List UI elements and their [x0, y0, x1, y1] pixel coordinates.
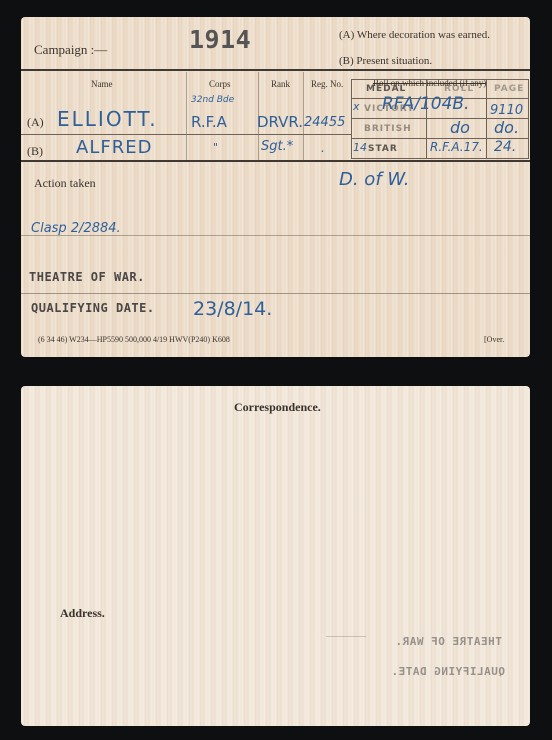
- medal-page: 9110: [490, 103, 523, 118]
- table-divider: [426, 80, 427, 158]
- reg-no-b: .: [321, 141, 325, 155]
- col-name: Name: [91, 79, 113, 89]
- col-divider: [186, 72, 187, 160]
- theatre-of-war-label: THEATRE OF WAR.: [29, 270, 145, 284]
- qualifying-date: 23/8/14.: [193, 298, 272, 320]
- row-divider: [21, 134, 351, 135]
- bleed-through-theatre: THEATRE OF WAR.: [395, 635, 502, 648]
- page-header: PAGE: [494, 84, 524, 94]
- note-b: (B) Present situation.: [339, 55, 432, 67]
- address-label: Address.: [60, 606, 105, 621]
- bleed-through-qualifying: QUALIFYING DATE.: [391, 665, 505, 678]
- row-a-label: (A): [27, 115, 44, 130]
- medal-prefix: x: [353, 100, 360, 113]
- row-b-label: (B): [27, 144, 43, 159]
- medal-prefix: 14: [353, 141, 367, 154]
- medal-name: STAR: [368, 144, 398, 154]
- campaign-label: Campaign :—: [34, 42, 107, 58]
- col-reg-no: Reg. No.: [311, 79, 343, 89]
- medal-page: do.: [494, 118, 519, 137]
- rank: DRVR.: [257, 113, 303, 131]
- medal-name: BRITISH: [364, 124, 412, 134]
- corps: R.F.A: [191, 113, 227, 131]
- clasp-note: Clasp 2/2884.: [31, 221, 121, 236]
- row-divider: [21, 293, 530, 294]
- medal-roll: R.F.A.17.: [430, 140, 483, 154]
- col-corps: Corps: [209, 79, 231, 89]
- corps-note: 32nd Bde: [191, 95, 234, 105]
- note-a: (A) Where decoration was earned.: [339, 29, 490, 41]
- faint-mark: [326, 636, 366, 637]
- forename: ALFRED: [76, 137, 152, 158]
- col-rank: Rank: [271, 79, 290, 89]
- medal-card-front: Campaign :— 1914 (A) Where decoration wa…: [21, 17, 530, 357]
- surname: ELLIOTT.: [57, 107, 158, 131]
- table-bottom-divider: [21, 160, 530, 162]
- medal-card-back: Correspondence. Address. THEATRE OF WAR.…: [21, 386, 530, 726]
- rank-b: Sgt.*: [261, 139, 293, 154]
- medal-roll: RFA/104B.: [382, 94, 469, 114]
- row-divider: [21, 235, 530, 236]
- medal-roll-table: MEDAL ROLL PAGE x VICTORY RFA/104B. 9110…: [351, 79, 529, 159]
- table-divider: [486, 80, 487, 158]
- action-note: D. of W.: [339, 169, 409, 190]
- medal-header: MEDAL: [366, 84, 406, 94]
- campaign-year: 1914: [189, 25, 251, 54]
- header-divider: [21, 69, 530, 71]
- over-note: [Over.: [484, 335, 504, 344]
- corps-ditto: ": [213, 141, 218, 154]
- medal-roll: do: [450, 118, 470, 137]
- roll-header: ROLL: [444, 84, 474, 94]
- correspondence-label: Correspondence.: [234, 400, 321, 415]
- qualifying-date-label: QUALIFYING DATE.: [31, 301, 155, 315]
- print-code: (6 34 46) W234—HP5590 500,000 4/19 HWV(P…: [38, 335, 230, 344]
- action-taken-label: Action taken: [34, 176, 96, 191]
- medal-page: 24.: [494, 139, 516, 155]
- reg-no: 24455: [304, 115, 345, 130]
